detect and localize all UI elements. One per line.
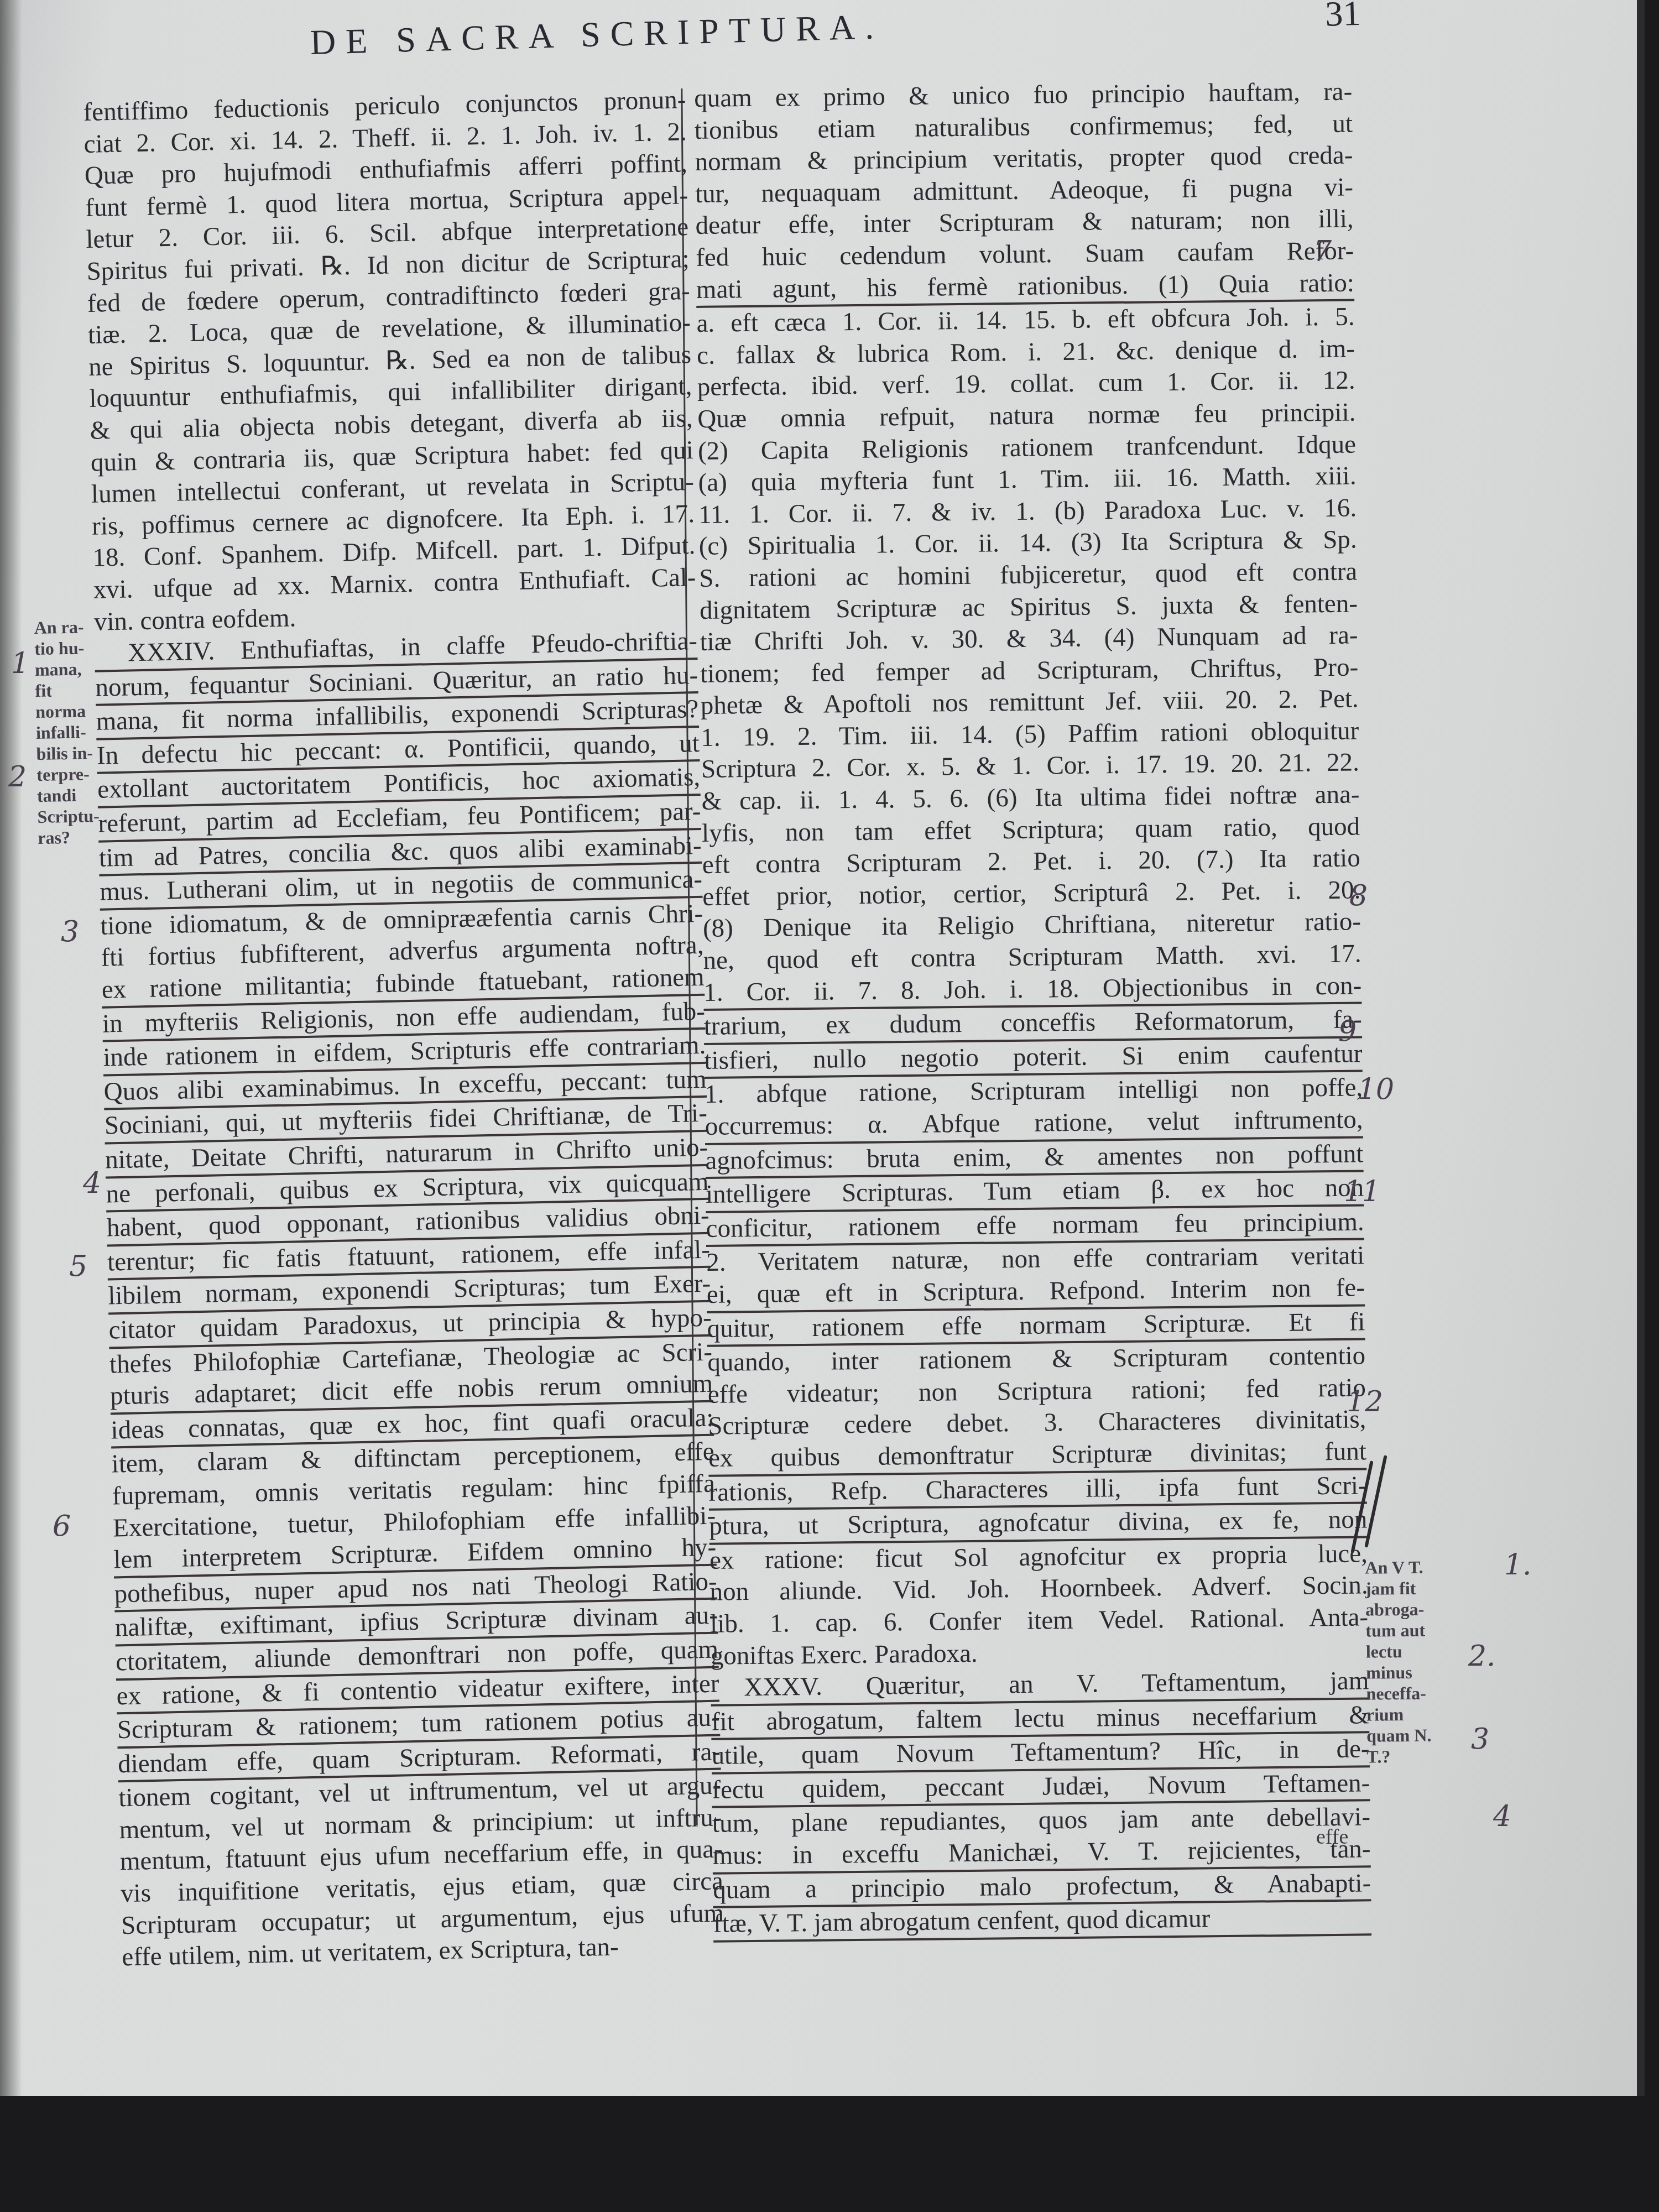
sidenote-line: jam fit <box>1365 1577 1443 1599</box>
handwritten-mark: 6 <box>53 1510 71 1543</box>
sidenote-line: minus <box>1366 1661 1443 1683</box>
handwritten-mark: 9 <box>1338 1015 1357 1048</box>
sidenote-line: bilis in- <box>36 742 97 764</box>
sidenote-line: mana, fit <box>35 658 96 701</box>
handwritten-mark: 2. <box>1468 1640 1496 1673</box>
handwritten-mark: 3 <box>61 915 79 948</box>
running-title: DE SACRA SCRIPTURA. <box>310 6 884 63</box>
sidenote-line: lectu <box>1366 1640 1443 1662</box>
spine-shadow <box>0 0 22 2096</box>
book-page: DE SACRA SCRIPTURA. 31 fentiffimo feduct… <box>0 0 1645 2096</box>
page-number: 31 <box>1324 0 1361 35</box>
sidenote-line: tio hu- <box>34 637 96 659</box>
handwritten-mark: 1 <box>11 647 29 680</box>
sidenote-line: abroga- <box>1365 1598 1443 1620</box>
sidenote-line: neceffa- <box>1366 1682 1443 1704</box>
catchword: effe <box>1316 1825 1348 1849</box>
handwritten-mark: 1. <box>1504 1548 1532 1582</box>
sidenote-line: T.? <box>1366 1745 1444 1767</box>
text-line: ftæ, V. T. jam abrogatum cenfent, quod d… <box>713 1902 1372 1943</box>
sidenote-line: ras? <box>38 826 99 848</box>
sidenote-line: Scriptu- <box>37 805 98 827</box>
handwritten-mark: 3 <box>1471 1723 1489 1756</box>
sidenote-line: terpre- <box>36 763 98 785</box>
sidenote-line: An ra- <box>34 616 95 638</box>
right-column: quam ex primo & unico fuo principio hauf… <box>694 76 1371 1943</box>
handwritten-mark: 4 <box>1493 1800 1511 1833</box>
handwritten-mark: 10 <box>1358 1073 1394 1106</box>
sidenote-line: An V T. <box>1365 1556 1442 1578</box>
handwritten-mark: 4 <box>83 1167 101 1200</box>
sidenote-left: An ra-tio hu-mana, fitnormainfalli-bilis… <box>34 616 98 848</box>
sidenote-right: An V T.jam fitabroga-tum autlectuminusne… <box>1365 1556 1444 1767</box>
left-column: fentiffimo feductionis periculo conjunct… <box>83 84 725 1974</box>
handwritten-mark: 12 <box>1347 1385 1383 1418</box>
sidenote-line: norma <box>35 700 97 722</box>
handwritten-mark: 11 <box>1344 1175 1380 1208</box>
sidenote-line: tum aut <box>1365 1619 1443 1641</box>
handwritten-mark: 2 <box>8 760 27 794</box>
handwritten-mark: 5 <box>69 1250 87 1283</box>
handwritten-mark: 8 <box>1349 879 1368 912</box>
sidenote-line: infalli- <box>36 721 97 743</box>
sidenote-line: rium <box>1366 1703 1444 1725</box>
handwritten-mark: 7 <box>1313 235 1332 268</box>
running-head: DE SACRA SCRIPTURA. 31 <box>310 0 1361 63</box>
sidenote-line: tandi <box>37 784 98 806</box>
sidenote-line: quam N. <box>1366 1724 1444 1746</box>
